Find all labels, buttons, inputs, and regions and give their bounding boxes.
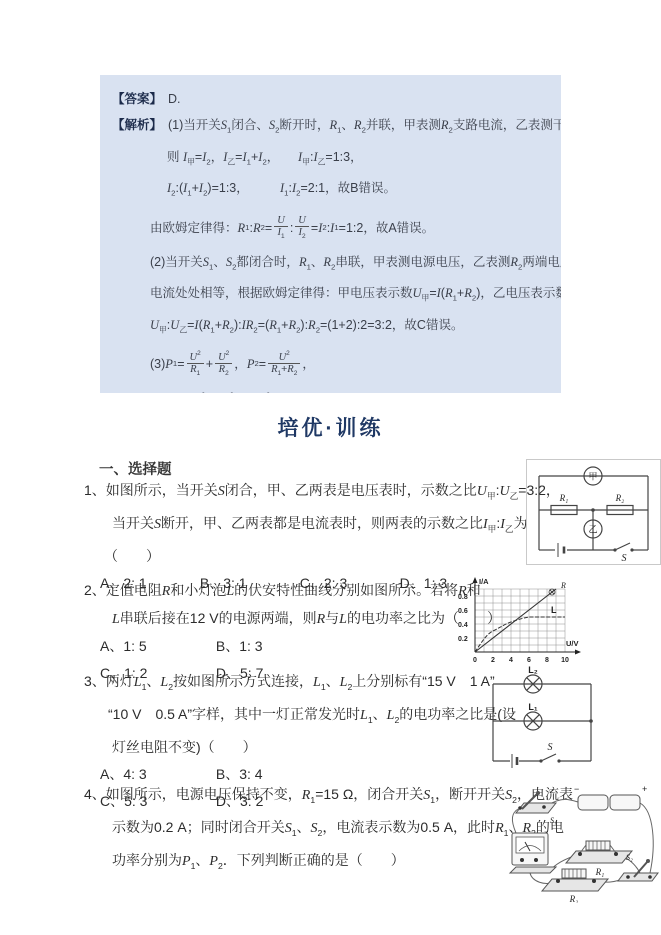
- worksheet-page: 【答案】D. 【解析】(1)当开关S1闭合、S2断开时，R1、R2并联，甲表测R…: [0, 0, 661, 935]
- question-text: 示数为0.2 A；同时闭合开关S1、S2，电流表示数为0.5 A，此时R1、R2…: [84, 814, 514, 847]
- battery-icon: [558, 543, 564, 557]
- svg-text:R₁: R₁: [595, 867, 605, 877]
- resistor-r1-icon: R₁: [551, 493, 577, 515]
- svg-text:2: 2: [491, 657, 495, 664]
- svg-text:−: −: [574, 784, 579, 794]
- svg-text:L: L: [551, 605, 557, 615]
- svg-text:甲: 甲: [588, 472, 597, 482]
- svg-text:S: S: [622, 553, 627, 564]
- page-title: 培优·训练: [0, 412, 661, 442]
- q3-circuit-figure: L₂ L₁ S: [483, 666, 608, 778]
- svg-text:R₁: R₁: [559, 493, 569, 503]
- options-row: A、1: 5 B、1: 3: [84, 633, 456, 660]
- svg-text:R₂: R₂: [569, 894, 579, 903]
- analysis-line: 电流处处相等，根据欧姆定律得：甲电压表示数U甲=I(R1+R2)，乙电压表示数U…: [150, 280, 555, 312]
- section-title: 一、选择题: [99, 458, 172, 479]
- question-4: 4、如图所示，电源电压保持不变，R1=15 Ω，闭合开关S1，断开开关S2，电流…: [84, 781, 514, 879]
- question-text: 2、定值电阻R和小灯泡L的伏安特性曲线分别如图所示。若将R和: [84, 577, 456, 605]
- question-text: 1、如图所示，当开关S闭合，甲、乙两表是电压表时，示数之比U甲:U乙=3:2，: [84, 477, 524, 510]
- svg-text:0.6: 0.6: [458, 608, 468, 615]
- switch-icon: S: [539, 742, 560, 763]
- question-text: “10 V 0.5 A”字样，其中一灯正常发光时L1、L2的电功率之比是(设: [84, 701, 480, 734]
- svg-text:0.8: 0.8: [458, 594, 468, 601]
- y-axis-label: I/A: [479, 577, 489, 586]
- graph-grid: [475, 589, 565, 652]
- svg-text:L₂: L₂: [528, 666, 538, 675]
- svg-text:R: R: [560, 581, 566, 590]
- answer-analysis-box: 【答案】D. 【解析】(1)当开关S1闭合、S2断开时，R1、R2并联，甲表测R…: [100, 75, 561, 393]
- svg-text:0.4: 0.4: [458, 622, 468, 629]
- analysis-line: (3)P1=U2R1+U2R2，P2=U2R1+R2，: [150, 343, 555, 385]
- analysis-label: 【解析】: [112, 118, 162, 132]
- svg-text:S₂: S₂: [626, 853, 633, 862]
- option-a: A、1: 5: [100, 633, 212, 660]
- question-text: （ ）: [84, 543, 524, 570]
- q1-circuit-figure: 甲 R₁ R₂ 乙 S: [526, 459, 661, 565]
- y-axis-ticks: 0.2 0.4 0.6 0.8: [458, 594, 468, 643]
- svg-text:6: 6: [527, 657, 531, 664]
- switch-s1-icon: S₁: [516, 791, 557, 825]
- svg-text:S₁: S₁: [550, 816, 557, 825]
- switch-icon: S: [613, 543, 633, 564]
- svg-text:R₂: R₂: [615, 493, 625, 503]
- svg-text:4: 4: [509, 657, 513, 664]
- svg-text:U/V: U/V: [566, 639, 579, 648]
- battery-pack-icon: − +: [574, 784, 647, 810]
- question-text: 3、两灯L1、L2按如图所示方式连接，L1、L2上分别标有“15 V 1 A”: [84, 668, 480, 701]
- svg-text:I/A: I/A: [479, 577, 489, 586]
- answer-value: D.: [168, 92, 181, 106]
- question-text: 4、如图所示，电源电压保持不变，R1=15 Ω，闭合开关S1，断开开关S2，电流…: [84, 781, 514, 814]
- lamp-l2-icon: L₂: [524, 666, 542, 693]
- analysis-line: 由欧姆定律得：R1:R2=UI1:UI2=I2:I1=1:2，故A错误。: [150, 207, 555, 249]
- question-text: L串联后接在12 V的电源两端，则R与L的电功率之比为（ ）: [84, 605, 456, 633]
- battery-icon: [512, 754, 517, 768]
- lamp-l1-icon: L₁: [524, 702, 542, 730]
- analysis-line: 【解析】(1)当开关S1闭合、S2断开时，R1、R2并联，甲表测R2支路电流，乙…: [112, 112, 555, 144]
- answer-row: 【答案】D.: [112, 86, 555, 112]
- option-b: B、1: 3: [216, 633, 328, 660]
- analysis-line: (2)当开关S1、S2都闭合时，R1、R2串联，甲表测电源电压，乙表测R2两端电…: [150, 249, 555, 281]
- svg-text:10: 10: [561, 657, 569, 664]
- svg-text:+: +: [642, 784, 647, 794]
- junction-dot: [591, 508, 595, 512]
- svg-text:0.2: 0.2: [458, 636, 468, 643]
- resistor-r2-icon: R₂: [607, 493, 633, 515]
- analysis-line: 则 I甲=I2，I乙=I1+I2， I甲:I乙=1:3，: [167, 144, 555, 176]
- analysis-line: P1:P2=(U2R1+U2R2):U2R1+R2=(R1+R2)2:R1R2=…: [150, 385, 555, 393]
- analysis-line: U甲:U乙=I(R1+R2):IR2=(R1+R2):R2=(1+2):2=3:…: [150, 312, 555, 344]
- svg-text:8: 8: [545, 657, 549, 664]
- ammeter-icon: [510, 833, 556, 873]
- svg-text:0: 0: [473, 657, 477, 664]
- q4-pictorial-circuit-figure: S₁ − +: [502, 783, 659, 903]
- x-axis-ticks: 0 2 4 6 8 10: [473, 657, 569, 664]
- x-axis-label: U/V: [566, 639, 579, 648]
- svg-text:L₁: L₁: [528, 702, 537, 712]
- svg-text:乙: 乙: [588, 525, 597, 535]
- answer-label: 【答案】: [112, 92, 162, 106]
- junction-dot: [589, 719, 593, 723]
- question-text: 功率分别为P1、P2．下列判断正确的是（ ）: [84, 847, 514, 880]
- question-text: 当开关S断开，甲、乙两表都是电流表时，则两表的示数之比I甲:I乙为: [84, 510, 524, 543]
- circuit-wires: [539, 476, 648, 550]
- analysis-text: (1)当开关S1闭合、S2断开时，R1、R2并联，甲表测R2支路电流，乙表测干路…: [168, 118, 561, 132]
- svg-text:S: S: [548, 742, 553, 753]
- q2-iv-graph-figure: R L I/A U/V 0.2 0.4 0.6 0.8 0 2 4: [455, 574, 583, 670]
- question-text: 灯丝电阻不变)（ ）: [84, 734, 480, 761]
- analysis-line: I2:(I1+I2)=1:3， I1:I2=2:1，故B错误。: [167, 175, 555, 207]
